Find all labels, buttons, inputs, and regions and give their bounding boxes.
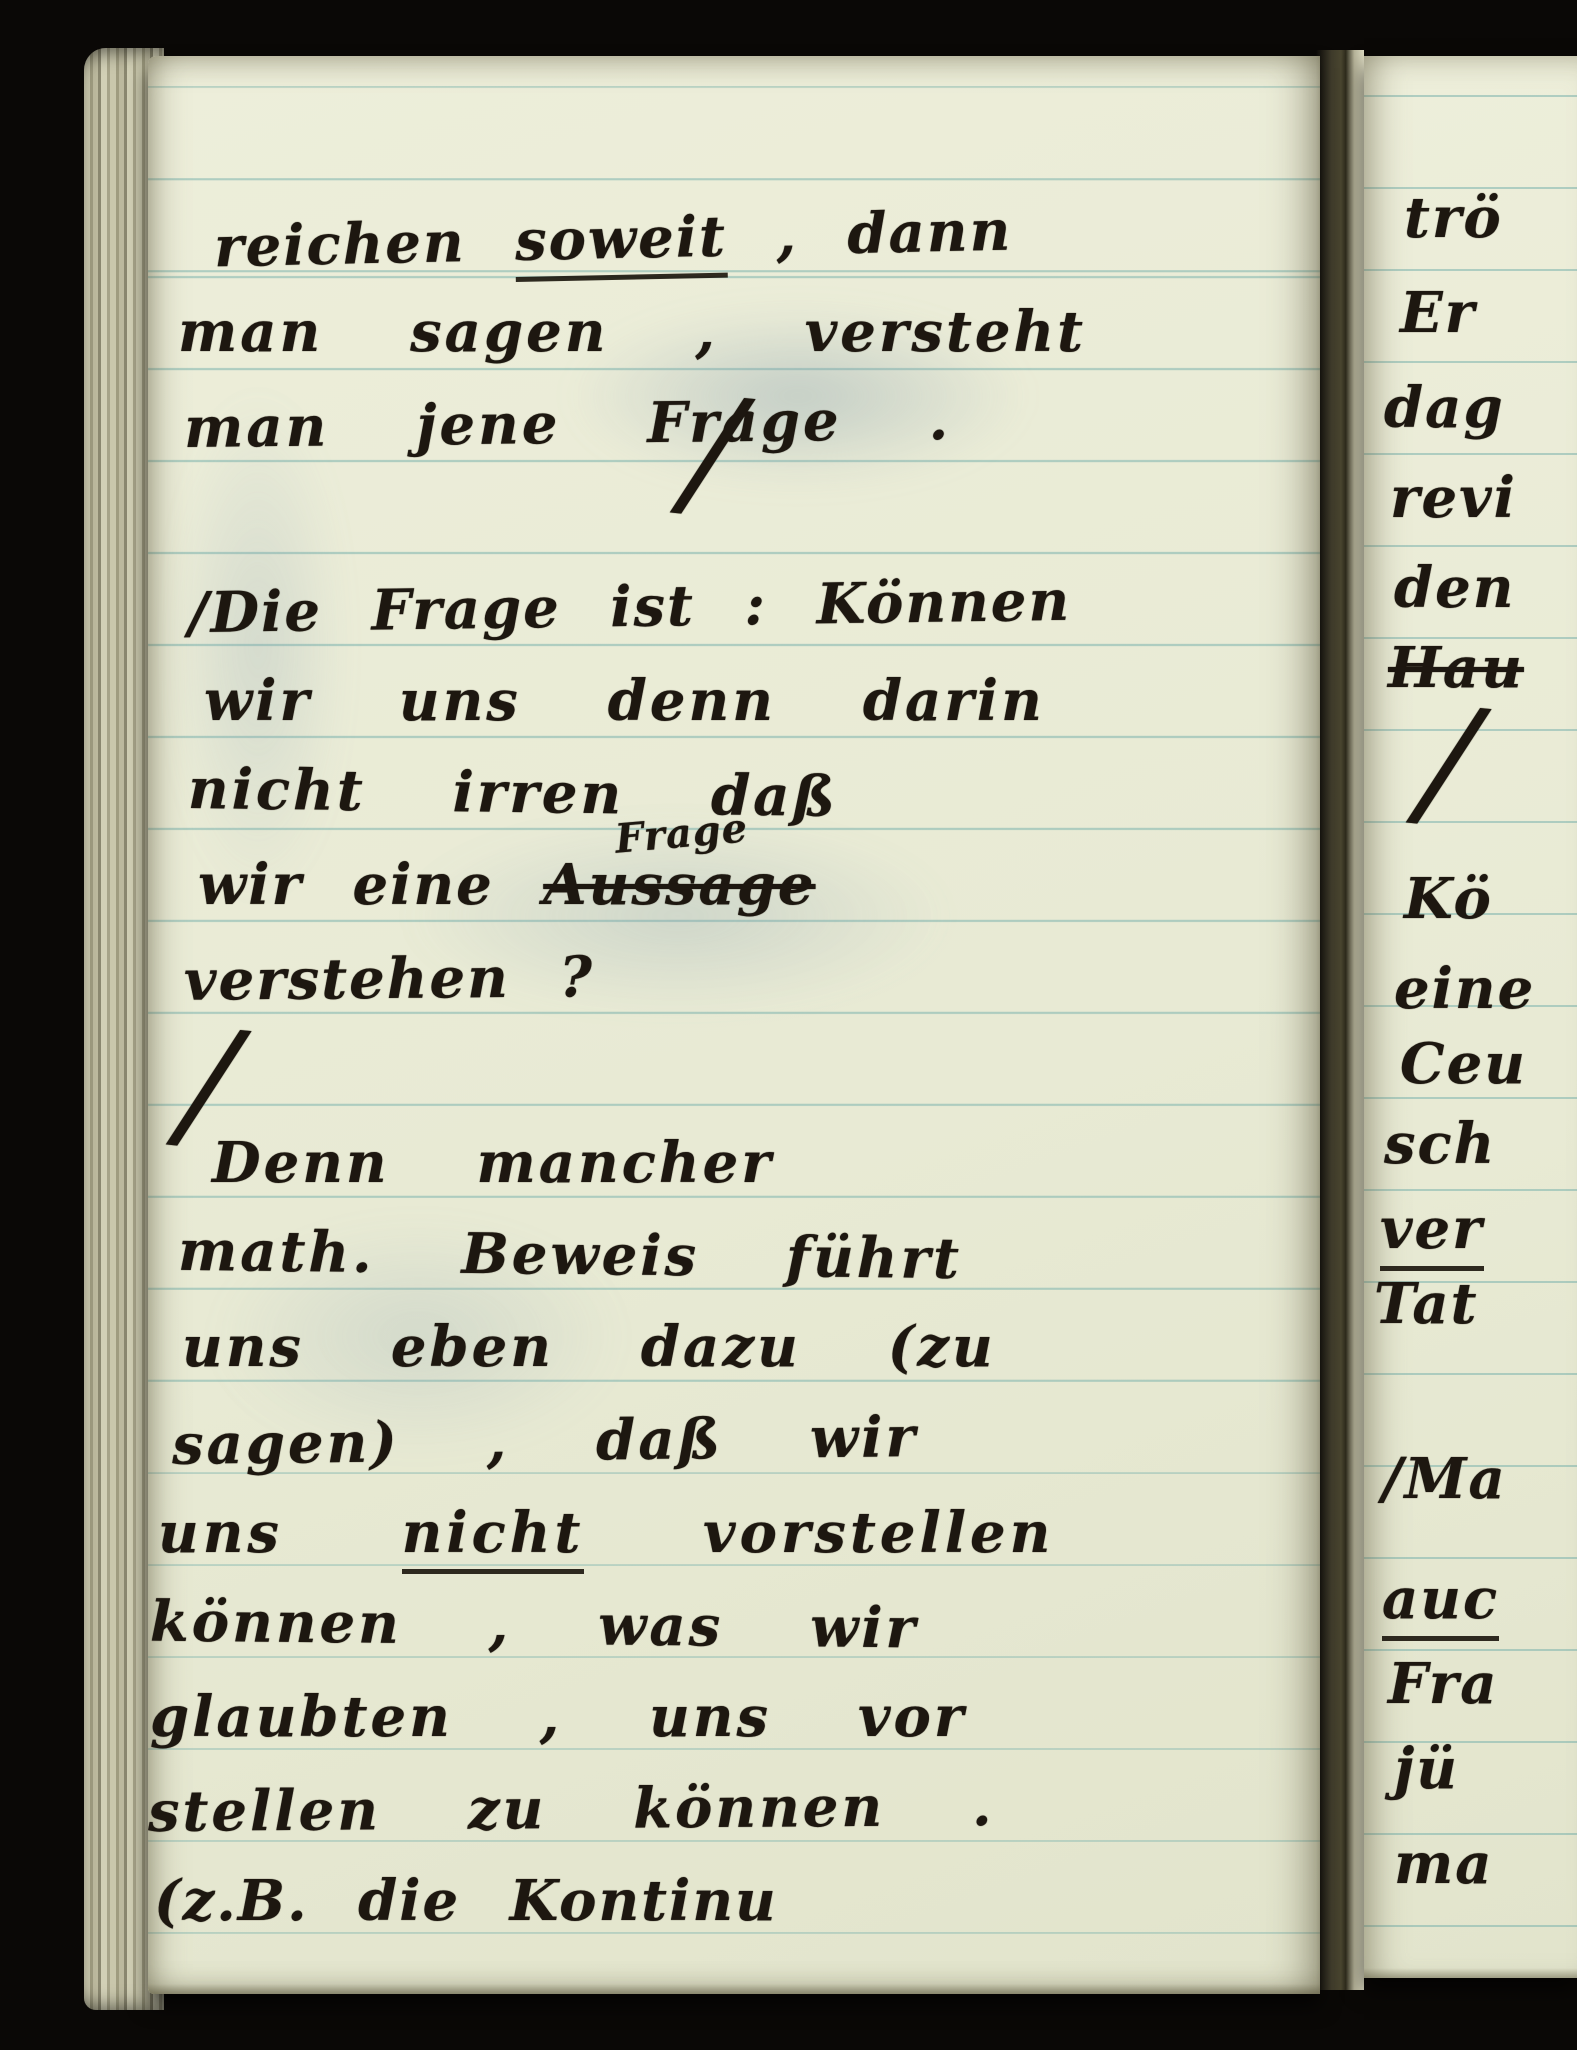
handwriting-text: , dann [726,198,1013,270]
handwriting-fragment: revi [1390,465,1517,532]
handwriting-fragment: Ceu [1400,1031,1527,1098]
section-slash: / [188,580,211,646]
handwriting-line: glaubten , uns vor [150,1684,966,1751]
handwriting-line: wir uns denn darin [204,668,1045,735]
handwriting-fragment: ma [1394,1831,1494,1898]
underlined-word: soweit [514,204,727,282]
section-slash: / [1417,694,1483,832]
underlined-fragment: auc [1382,1566,1499,1641]
notebook-photo: reichen soweit , dann man sagen , verste… [0,0,1577,2050]
handwriting-fragment: jü [1394,1736,1459,1803]
handwriting-text: vorstellen [584,1500,1054,1566]
handwriting-line: reichen soweit , dann [213,198,1013,282]
handwriting-fragment: dag [1384,375,1505,442]
handwriting-line: uns nicht vorstellen [158,1500,1054,1567]
handwriting-fragment: eine [1394,956,1535,1023]
handwriting-fragment: Fra [1388,1651,1499,1718]
gutter-shadow [1316,50,1364,1990]
handwriting-fragment: /Ma [1382,1446,1507,1513]
handwriting-fragment: den [1394,555,1516,622]
handwriting-fragment: sch [1384,1111,1496,1178]
handwriting-line: math. Beweis führt [178,1218,963,1293]
handwriting-fragment: Er [1400,280,1476,347]
handwriting-line: man sagen , versteht [178,299,1086,366]
handwriting-line: uns eben dazu (zu [182,1314,996,1381]
left-page: reichen soweit , dann man sagen , verste… [148,56,1320,1994]
handwriting-fragment: Tat [1374,1271,1478,1338]
handwriting-line: man jene Frage . [184,387,952,462]
handwriting-line: verstehen ? [184,944,595,1015]
handwriting-line: (z.B. die Kontinu [154,1868,778,1935]
struck-word: Aussage [543,852,815,918]
handwriting-text: uns [158,1500,402,1566]
handwriting-text: wir eine [198,852,543,918]
handwriting-fragment: Kö [1404,866,1493,933]
handwriting-fragment: trö [1404,185,1503,252]
handwriting-line: Denn mancher [212,1130,774,1197]
handwriting-text: Die Frage ist : Können [210,568,1072,646]
handwriting-line: wir eine FrageAussage [198,852,816,919]
right-page: trö Er dag revi den Hau / Kö eine Ceu sc… [1364,56,1577,1978]
handwriting-line: /Die Frage ist : Können [188,568,1072,648]
handwriting-line: können , was wir [150,1589,919,1663]
underlined-word: nicht [402,1500,585,1574]
handwriting-text: reichen [213,208,515,280]
handwriting-line: sagen) , daß wir [172,1404,919,1479]
underlined-fragment: ver [1380,1196,1484,1271]
correction: FrageAussage [543,852,815,919]
handwriting-line: stellen zu können . [148,1773,995,1846]
